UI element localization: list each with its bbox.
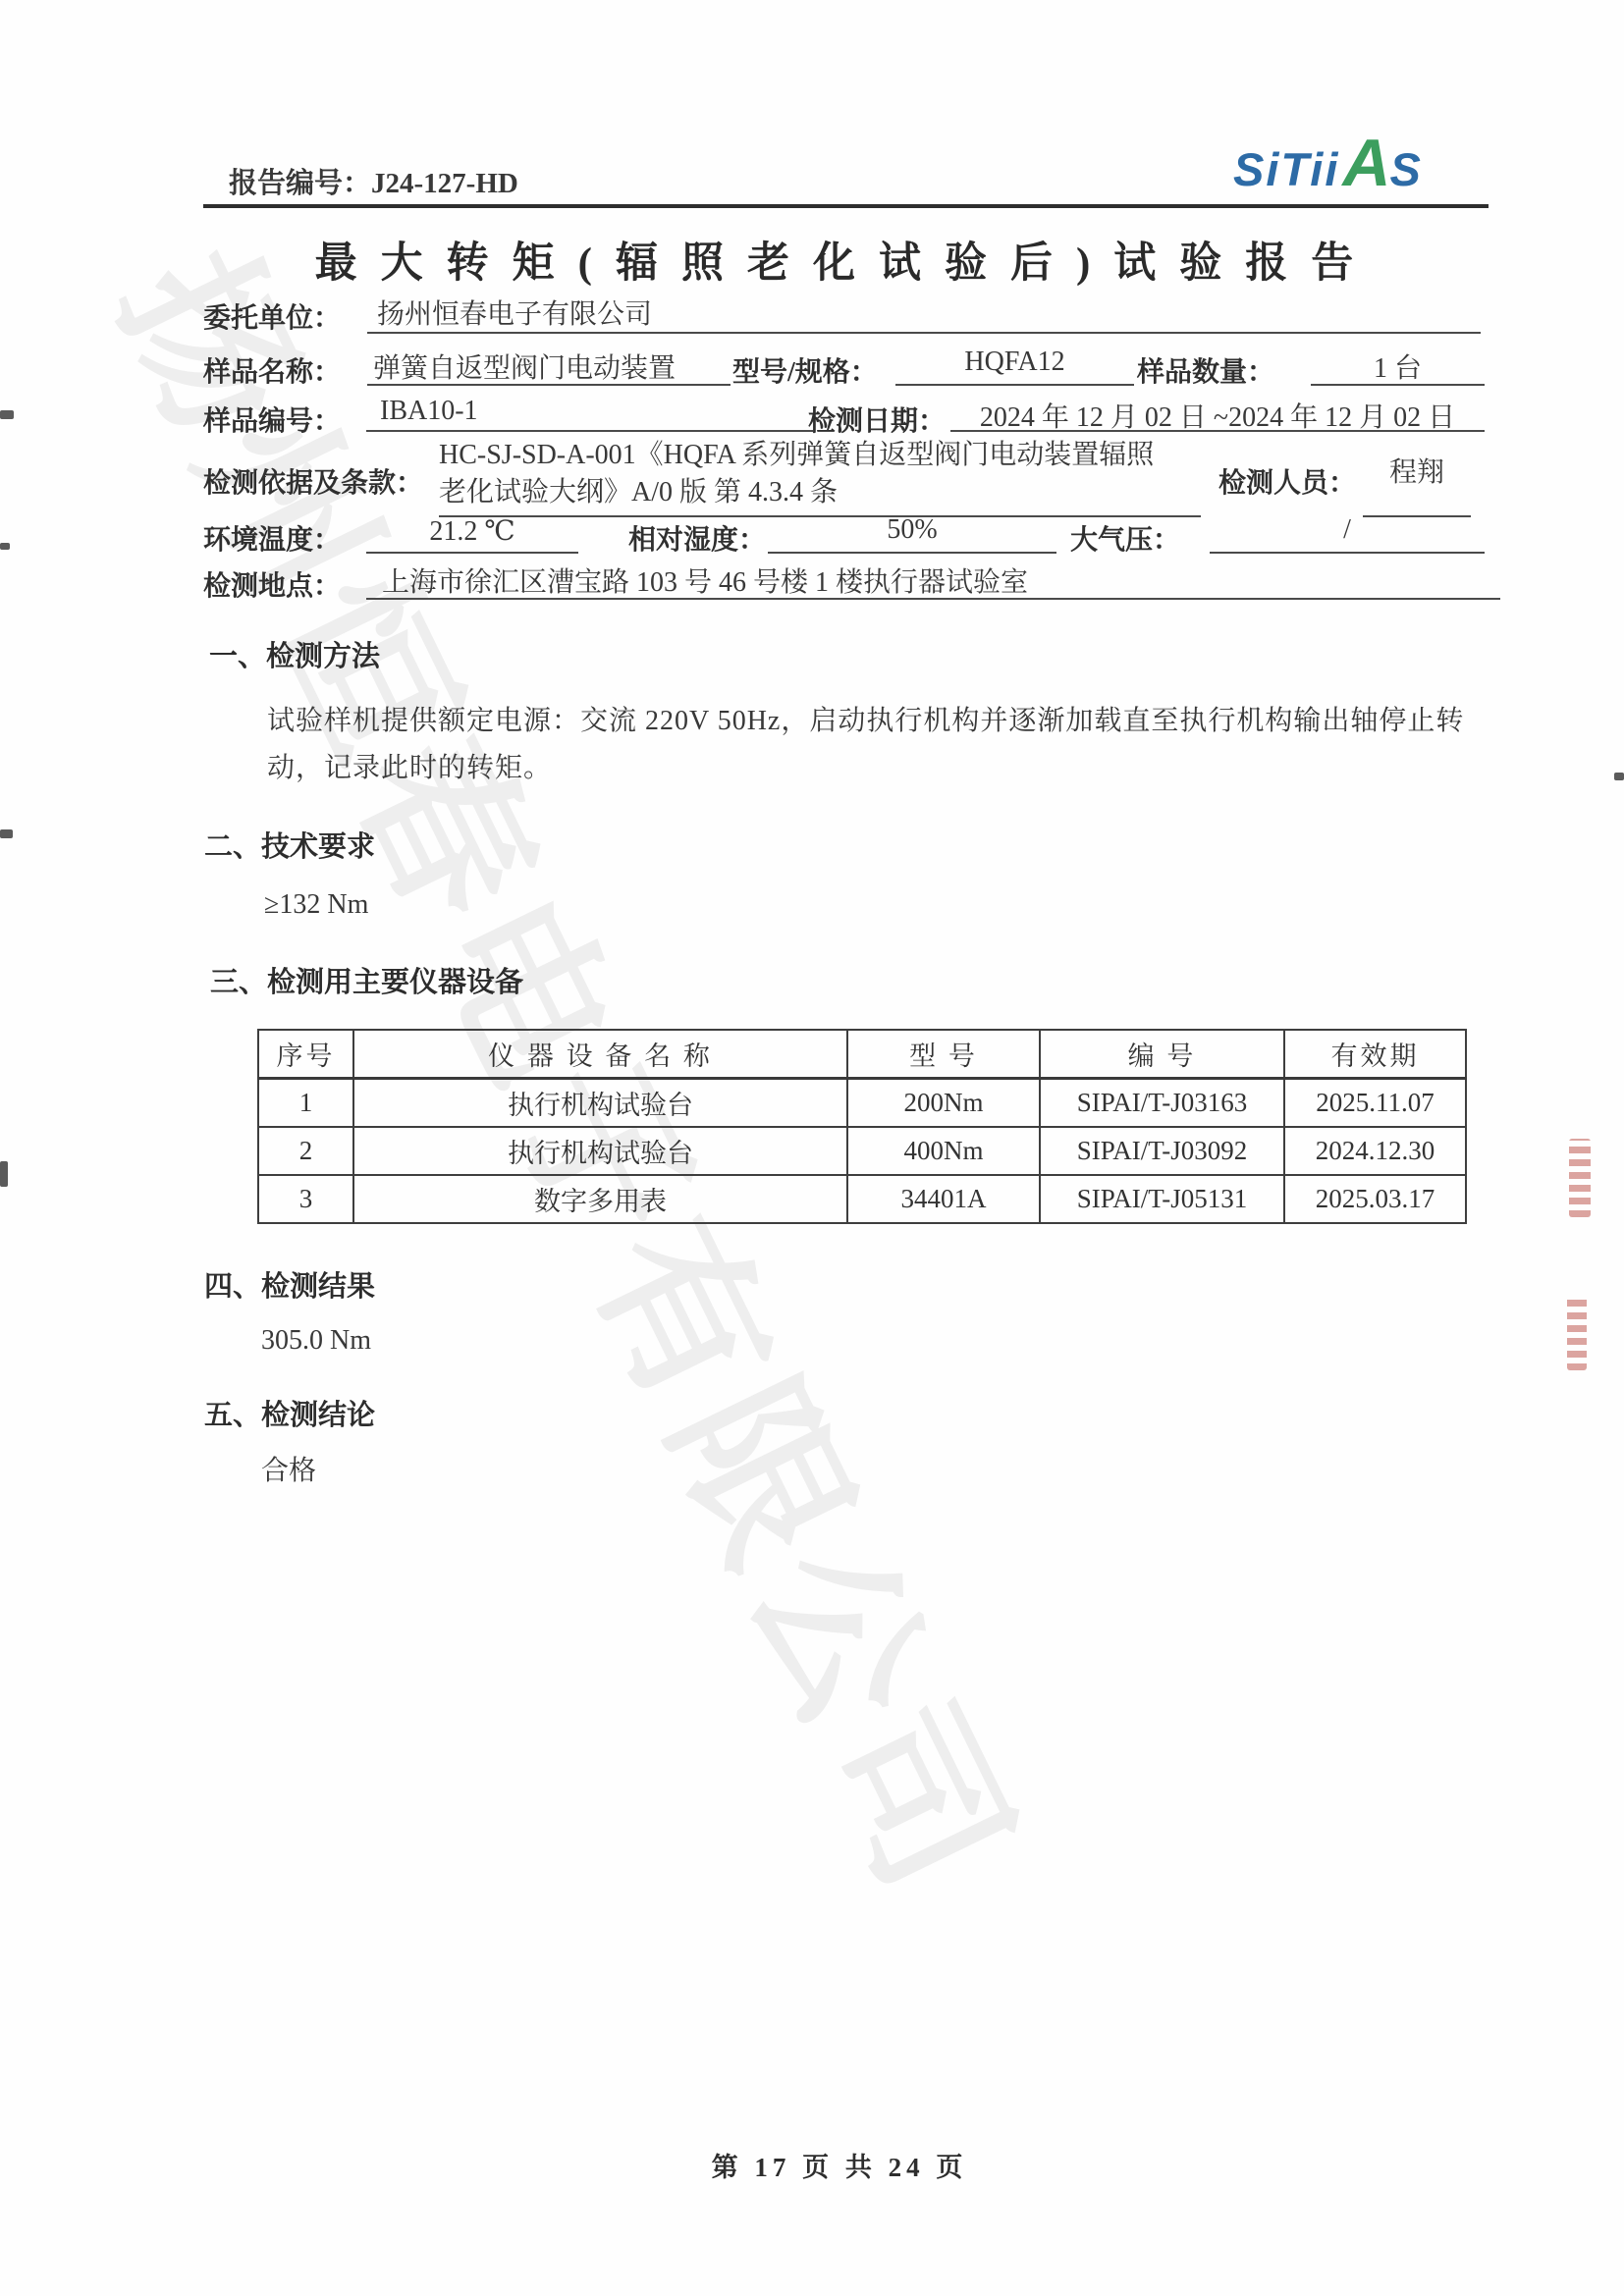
logo-text-blue-1: SiTii (1233, 143, 1339, 195)
table-row: 1 执行机构试验台 200Nm SIPAI/T-J03163 2025.11.0… (258, 1079, 1466, 1128)
cell-validity: 2025.03.17 (1284, 1175, 1466, 1223)
header-divider-rule (203, 204, 1489, 208)
cell-serial: SIPAI/T-J05131 (1040, 1175, 1284, 1223)
tester-value: 程翔 (1363, 439, 1471, 517)
tester-label: 检测人员： (1218, 461, 1356, 501)
temperature-label: 环境温度： (203, 518, 341, 558)
tech-requirement-value: ≥132 Nm (264, 889, 368, 921)
qty-value: 1 台 (1311, 347, 1485, 386)
qty-label: 样品数量： (1137, 350, 1274, 390)
section-result-heading: 四、检测结果 (204, 1264, 375, 1305)
conclusion-value: 合格 (261, 1449, 316, 1488)
scan-artifact (0, 829, 13, 838)
cell-serial: SIPAI/T-J03163 (1040, 1079, 1284, 1128)
cell-equipment-name: 执行机构试验台 (353, 1079, 847, 1128)
col-header-validity: 有效期 (1284, 1030, 1466, 1079)
temperature-value: 21.2 ℃ (366, 514, 578, 554)
equipment-table: 序号 仪 器 设 备 名 称 型 号 编 号 有效期 1 执行机构试验台 200… (257, 1029, 1467, 1224)
logo-letter-a: A (1342, 126, 1390, 200)
entrust-label: 委托单位： (203, 296, 341, 336)
model-label: 型号/规格： (732, 350, 878, 390)
section-tech-heading: 二、技术要求 (204, 825, 375, 865)
sample-name-label: 样品名称： (203, 350, 341, 390)
col-header-equipment-name: 仪 器 设 备 名 称 (353, 1030, 847, 1079)
table-row: 2 执行机构试验台 400Nm SIPAI/T-J03092 2024.12.3… (258, 1127, 1466, 1175)
basis-value-line2: 老化试验大纲》A/0 版 第 4.3.4 条 (439, 474, 1201, 511)
model-value: HQFA12 (895, 347, 1134, 386)
result-value: 305.0 Nm (261, 1325, 371, 1357)
location-label: 检测地点： (203, 564, 341, 604)
basis-value: HC-SJ-SD-A-001《HQFA 系列弹簧自返型阀门电动装置辐照 老化试验… (439, 437, 1201, 517)
method-paragraph-line1: 试验样机提供额定电源：交流 220V 50Hz，启动执行机构并逐渐加载直至执行机… (267, 699, 1464, 738)
test-date-value: 2024 年 12 月 02 日 ~2024 年 12 月 02 日 (950, 396, 1485, 432)
cell-equipment-name: 执行机构试验台 (353, 1127, 847, 1175)
table-row: 3 数字多用表 34401A SIPAI/T-J05131 2025.03.17 (258, 1175, 1466, 1223)
scan-artifact (0, 1161, 8, 1187)
section-equipment-heading: 三、检测用主要仪器设备 (210, 960, 523, 1000)
scan-artifact (1614, 773, 1624, 780)
cell-serial: SIPAI/T-J03092 (1040, 1127, 1284, 1175)
report-number-line: 报告编号：J24-127-HD (229, 161, 518, 201)
basis-label: 检测依据及条款： (203, 461, 423, 501)
sample-no-value: IBA10-1 (366, 396, 813, 432)
method-paragraph-line2: 动，记录此时的转矩。 (267, 746, 552, 785)
report-number-label: 报告编号： (229, 168, 371, 199)
cell-equipment-name: 数字多用表 (353, 1175, 847, 1223)
logo-text-blue-2: S (1390, 143, 1423, 195)
cell-index: 3 (258, 1175, 353, 1223)
sitiias-logo: SiTiiAS (1233, 133, 1423, 196)
col-header-model: 型 号 (847, 1030, 1040, 1079)
basis-value-line1: HC-SJ-SD-A-001《HQFA 系列弹簧自返型阀门电动装置辐照 (439, 437, 1201, 474)
col-header-serial: 编 号 (1040, 1030, 1284, 1079)
cell-validity: 2025.11.07 (1284, 1079, 1466, 1128)
test-date-label: 检测日期： (808, 400, 946, 439)
location-value: 上海市徐汇区漕宝路 103 号 46 号楼 1 楼执行器试验室 (366, 561, 1500, 600)
cell-index: 2 (258, 1127, 353, 1175)
section-conclusion-heading: 五、检测结论 (204, 1393, 375, 1433)
pressure-value: / (1210, 514, 1485, 554)
cell-validity: 2024.12.30 (1284, 1127, 1466, 1175)
document-title: 最大转矩(辐照老化试验后)试验报告 (203, 230, 1489, 290)
scan-artifact (0, 543, 10, 550)
red-stamp-bleed (1569, 1139, 1591, 1217)
cell-model: 200Nm (847, 1079, 1040, 1128)
sample-no-label: 样品编号： (203, 400, 341, 439)
humidity-value: 50% (768, 514, 1056, 554)
red-stamp-bleed (1567, 1294, 1587, 1370)
humidity-label: 相对湿度： (628, 518, 766, 558)
scan-artifact (0, 410, 14, 419)
report-page: 扬州恒春电子有限公司 报告编号：J24-127-HD SiTiiAS 最大转矩(… (0, 0, 1624, 2296)
cell-index: 1 (258, 1079, 353, 1128)
cell-model: 34401A (847, 1175, 1040, 1223)
page-number: 第 17 页 共 24 页 (677, 2146, 1001, 2184)
col-header-index: 序号 (258, 1030, 353, 1079)
sample-name-value: 弹簧自返型阀门电动装置 (367, 347, 731, 386)
cell-model: 400Nm (847, 1127, 1040, 1175)
report-number-value: J24-127-HD (371, 168, 518, 199)
equipment-table-header-row: 序号 仪 器 设 备 名 称 型 号 编 号 有效期 (258, 1030, 1466, 1079)
section-method-heading: 一、检测方法 (209, 634, 380, 674)
entrust-value: 扬州恒春电子有限公司 (367, 293, 1481, 334)
pressure-label: 大气压： (1070, 518, 1180, 558)
